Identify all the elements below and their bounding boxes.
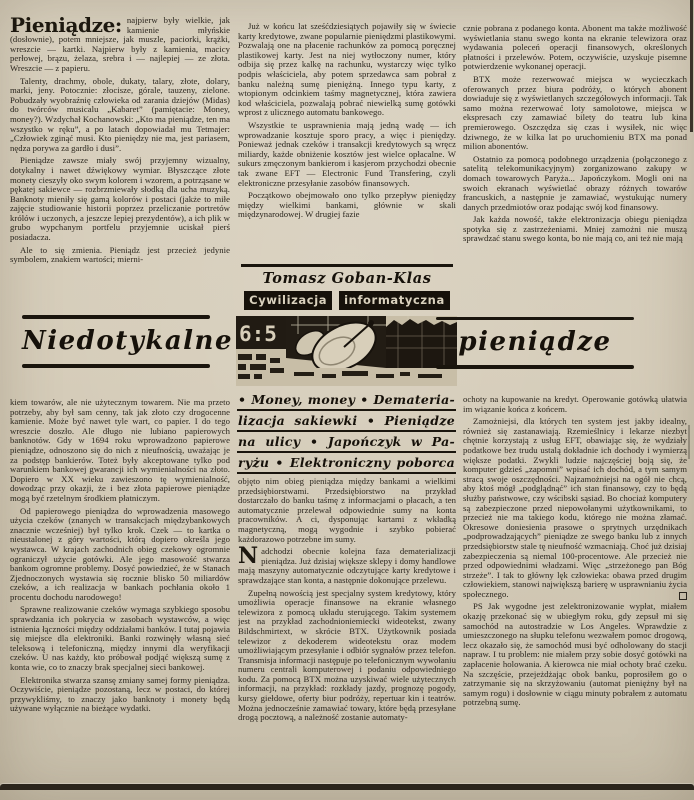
bottom-page-rule <box>0 784 694 790</box>
headline-rule <box>22 364 210 368</box>
column-top-right: cznie pobrana z podanego konta. Abonent … <box>463 24 687 310</box>
headline-rule <box>436 365 634 369</box>
paragraph: Talenty, drachmy, obole, dukaty, talary,… <box>10 77 230 154</box>
paragraph: Elektronika stwarza szansę zmiany samej … <box>10 676 230 714</box>
paragraph: objęto nim obieg pieniądza między bankam… <box>238 477 456 544</box>
subtitle-line: • Money, money • Demateria- <box>237 390 456 411</box>
subtitle-line: na ulicy • Japończyk w Pa- <box>237 432 456 453</box>
paragraph: ochoty na kupowanie na kredyt. Operowani… <box>463 395 687 414</box>
end-of-article-marker <box>679 592 687 600</box>
headline-right-block: pieniądze <box>436 317 634 369</box>
subtitle-line: ryżu • Elektroniczny poborca <box>237 453 456 474</box>
paragraph: Ostatnio za pomocą podobnego urządzenia … <box>463 155 687 213</box>
series-word-2: informatyczna <box>339 291 450 310</box>
drop-cap: N <box>238 547 261 565</box>
column-top-middle: Już w końcu lat sześćdziesiątych pojawił… <box>238 22 456 260</box>
satellite-dish-photo-illustration: 6:5 <box>236 316 457 386</box>
column-bottom-middle: objęto nim obieg pieniądza między bankam… <box>238 477 456 777</box>
article-photo: 6:5 <box>236 316 457 386</box>
paragraph: Wszystkie te usprawnienia mają jedną wad… <box>238 121 456 188</box>
column-bottom-right: ochoty na kupowanie na kredyt. Operowani… <box>463 395 687 777</box>
newspaper-page: Pieniądze:najpierw były wielkie, jak kam… <box>0 0 694 800</box>
scan-edge-mark <box>690 0 693 132</box>
column-top-left: Pieniądze:najpierw były wielkie, jak kam… <box>10 16 230 302</box>
byline-rule <box>241 264 453 267</box>
lead-word: Pieniądze: <box>10 16 127 34</box>
paragraph: Sprawne realizowanie czeków wymaga szybk… <box>10 605 230 672</box>
scan-edge-mark <box>688 425 690 459</box>
series-word-1: Cywilizacja <box>244 291 332 310</box>
paragraph: Jak każda nowość, także elektronizacja o… <box>463 215 687 244</box>
paragraph: Zupełną nowością jest specjalny system k… <box>238 589 456 723</box>
paragraph: Już w końcu lat sześćdziesiątych pojawił… <box>238 22 456 118</box>
digital-clock-text: 6:5 <box>239 322 277 346</box>
subtitle-block: • Money, money • Demateria- lizacja saki… <box>237 390 456 474</box>
headline-left: Niedotykalne <box>22 319 210 364</box>
paragraph: Pieniądze:najpierw były wielkie, jak kam… <box>10 16 230 74</box>
paragraph-text: adchodzi obecnie kolejna faza dematerial… <box>238 546 456 585</box>
paragraph: BTX może rezerwować miejsca w wycieczkac… <box>463 75 687 152</box>
author-byline: Tomasz Goban-Klas <box>238 270 456 287</box>
paragraph: PS Jak wygodne jest zelektronizowanie wy… <box>463 602 687 708</box>
headline-left-block: Niedotykalne <box>22 315 210 368</box>
series-label: Cywilizacja informatyczna <box>238 291 456 310</box>
column-bottom-left: kiem towarów, ale nie użytecznym towarem… <box>10 398 230 776</box>
paragraph: Nadchodzi obecnie kolejna faza demateria… <box>238 547 456 585</box>
paragraph: kiem towarów, ale nie użytecznym towarem… <box>10 398 230 504</box>
subtitle-line: lizacja sakiewki • Pieniądze <box>237 411 456 432</box>
paragraph: cznie pobrana z podanego konta. Abonent … <box>463 24 687 72</box>
paragraph: Zamożniejsi, dla których ten system jest… <box>463 417 687 599</box>
paragraph-text: Zamożniejsi, dla których ten system jest… <box>463 416 687 599</box>
headline-right: pieniądze <box>436 320 634 365</box>
paragraph: Ale to się zmienia. Pieniądz jest przeci… <box>10 246 230 265</box>
paragraph: Początkowo obejmowało ono tylko przepływ… <box>238 191 456 220</box>
paragraph: Pieniądze zawsze miały swój przyjemny wi… <box>10 156 230 242</box>
paragraph: Od papierowego pieniądza do wprowadzenia… <box>10 507 230 603</box>
